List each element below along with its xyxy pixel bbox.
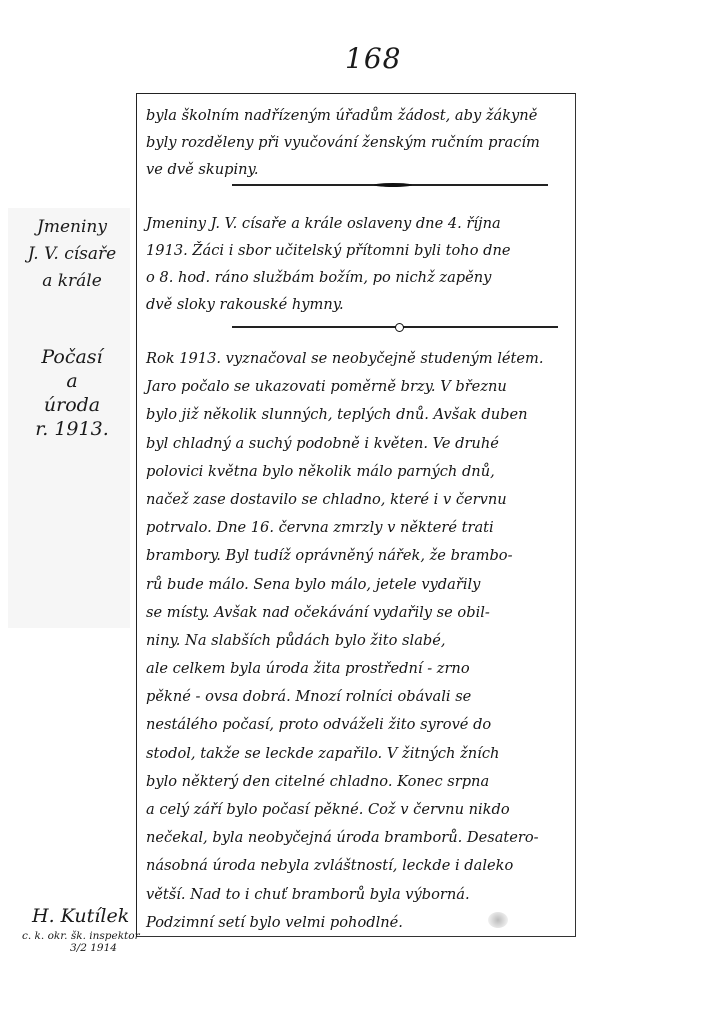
margin-note-line: r. 1913. (14, 417, 130, 441)
page-number: 168 (345, 42, 401, 75)
signature-date: 3/2 1914 (70, 942, 152, 954)
text-line: nestálého počasí, proto odváželi žito sy… (146, 711, 566, 739)
text-line: Jaro počalo se ukazovati poměrně brzy. V… (146, 373, 566, 401)
text-line: nečekal, byla neobyčejná úroda bramborů.… (146, 824, 566, 852)
text-line: potrvalo. Dne 16. června zmrzly v někter… (146, 514, 566, 542)
entry-name-day: Jmeniny J. V. císaře a krále oslaveny dn… (146, 210, 566, 318)
text-line: a celý září bylo počasí pěkné. Což v čer… (146, 796, 566, 824)
text-line: větší. Nad to i chuť bramborů byla výbor… (146, 881, 566, 909)
text-line: dvě sloky rakouské hymny. (146, 291, 566, 318)
text-line: se místy. Avšak nad očekávání vydařily s… (146, 599, 566, 627)
text-line: byl chladný a suchý podobně i květen. Ve… (146, 430, 566, 458)
text-line: polovici května bylo několik málo parnýc… (146, 458, 566, 486)
signature-title: c. k. okr. šk. inspektor (22, 930, 152, 942)
entry-school-request: byla školním nadřízeným úřadům žádost, a… (146, 102, 566, 183)
margin-note-line: a krále (14, 268, 130, 295)
text-line: ve dvě skupiny. (146, 156, 566, 183)
text-line: Rok 1913. vyznačoval se neobyčejně stude… (146, 345, 566, 373)
section-divider (232, 326, 558, 328)
text-line: 1913. Žáci i sbor učitelský přítomni byl… (146, 237, 566, 264)
text-line: ale celkem byla úroda žita prostřední - … (146, 655, 566, 683)
text-line: načež zase dostavilo se chladno, které i… (146, 486, 566, 514)
ink-stain (488, 912, 508, 928)
signature-name: H. Kutílek (32, 905, 152, 927)
entry-weather-1913: Rok 1913. vyznačoval se neobyčejně stude… (146, 345, 566, 937)
margin-note-weather-harvest: Počasí a úroda r. 1913. (14, 345, 130, 441)
text-line: byla školním nadřízeným úřadům žádost, a… (146, 102, 566, 129)
inspector-signature: H. Kutílek c. k. okr. šk. inspektor 3/2 … (22, 905, 152, 954)
text-line: byly rozděleny při vyučování ženským ruč… (146, 129, 566, 156)
text-line: rů bude málo. Sena bylo málo, jetele vyd… (146, 571, 566, 599)
text-line: o 8. hod. ráno službám božím, po nichž z… (146, 264, 566, 291)
text-line: brambory. Byl tudíž oprávněný nářek, že … (146, 542, 566, 570)
text-line: stodol, takže se leckde zapařilo. V žitn… (146, 740, 566, 768)
margin-note-line: J. V. císaře (14, 241, 130, 268)
text-line: bylo některý den citelné chladno. Konec … (146, 768, 566, 796)
text-line: pěkné - ovsa dobrá. Mnozí rolníci obával… (146, 683, 566, 711)
margin-note-line: Jmeniny (14, 214, 130, 241)
text-line: Jmeniny J. V. císaře a krále oslaveny dn… (146, 210, 566, 237)
margin-note-name-day: Jmeniny J. V. císaře a krále (14, 214, 130, 295)
text-line: niny. Na slabších půdách bylo žito slabé… (146, 627, 566, 655)
section-divider (232, 184, 548, 186)
text-line: bylo již několik slunných, teplých dnů. … (146, 401, 566, 429)
margin-note-line: úroda (14, 393, 130, 417)
text-line: násobná úroda nebyla zvláštností, leckde… (146, 852, 566, 880)
margin-note-line: a (14, 369, 130, 393)
margin-note-line: Počasí (14, 345, 130, 369)
